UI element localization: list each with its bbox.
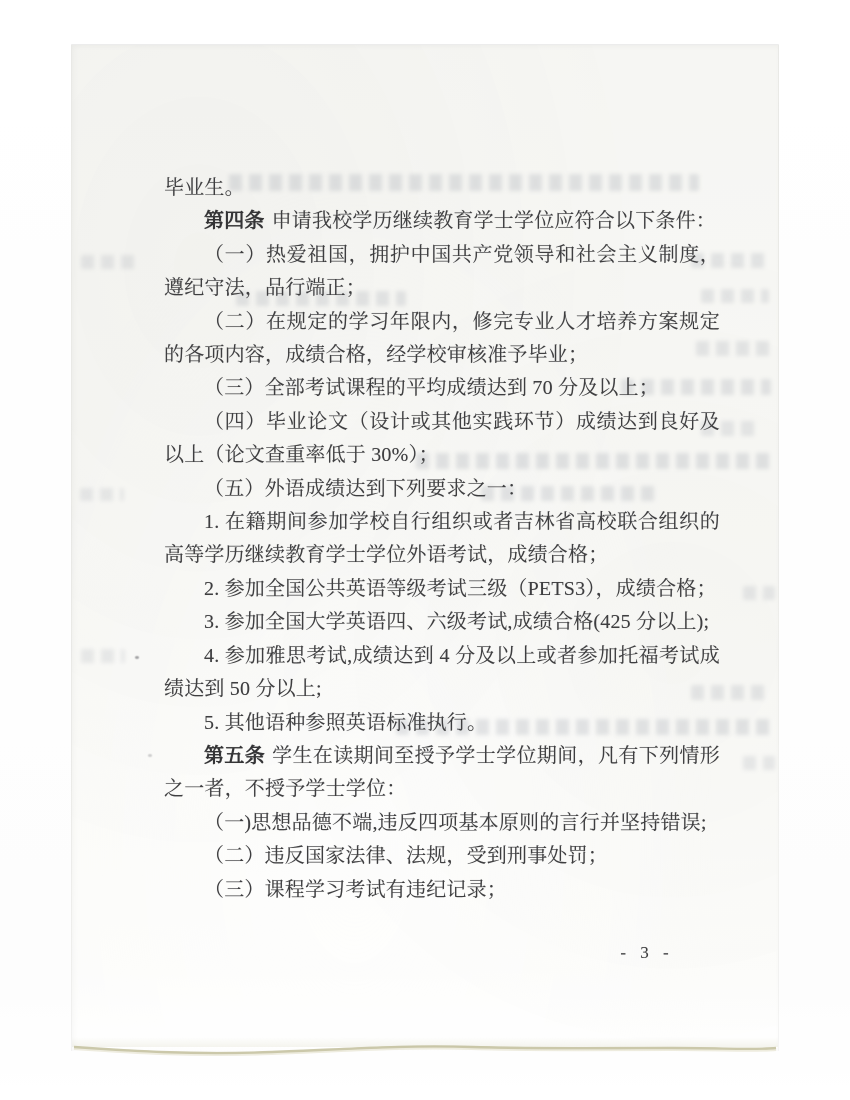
doc-paragraph: （一）热爱祖国，拥护中国共产党领导和社会主义制度，遵纪守法，品行端正； xyxy=(164,239,720,306)
ink-bleedthrough-smudge xyxy=(743,586,775,600)
paragraph-text: （三）全部考试课程的平均成绩达到 70 分及以上； xyxy=(204,377,659,399)
paragraph-text: 2. 参加全国公共英语等级考试三级（PETS3），成绩合格； xyxy=(204,578,717,600)
paragraph-text: （一）热爱祖国，拥护中国共产党领导和社会主义制度，遵纪守法，品行端正； xyxy=(164,244,720,299)
paper-speck xyxy=(148,754,152,757)
doc-paragraph: 2. 参加全国公共英语等级考试三级（PETS3），成绩合格； xyxy=(164,573,720,606)
doc-paragraph: （四）毕业论文（设计或其他实践环节）成绩达到良好及以上（论文查重率低于 30%）… xyxy=(164,406,720,473)
ink-bleedthrough-smudge xyxy=(80,488,124,501)
paragraph-text: 毕业生。 xyxy=(164,177,245,199)
doc-paragraph: 1. 在籍期间参加学校自行组织或者吉林省高校联合组织的高等学历继续教育学士学位外… xyxy=(164,506,720,573)
paragraph-text: 1. 在籍期间参加学校自行组织或者吉林省高校联合组织的高等学历继续教育学士学位外… xyxy=(164,511,720,566)
paper-speck xyxy=(135,656,139,659)
ink-bleedthrough-smudge xyxy=(81,649,125,663)
doc-paragraph: 4. 参加雅思考试,成绩达到 4 分及以上或者参加托福考试成绩达到 50 分以上… xyxy=(164,640,720,707)
doc-paragraph: （二）违反国家法律、法规，受到刑事处罚； xyxy=(164,840,720,873)
doc-paragraph-article-4: 第四条申请我校学历继续教育学士学位应符合以下条件： xyxy=(164,205,720,238)
doc-paragraph-article-5: 第五条学生在读期间至授予学士学位期间，凡有下列情形之一者，不授予学士学位： xyxy=(164,740,720,807)
article-number-bold: 第四条 xyxy=(204,210,265,232)
paragraph-text: 4. 参加雅思考试,成绩达到 4 分及以上或者参加托福考试成绩达到 50 分以上… xyxy=(164,645,720,700)
doc-paragraph: 3. 参加全国大学英语四、六级考试,成绩合格(425 分以上); xyxy=(164,606,720,639)
doc-paragraph: （五）外语成绩达到下列要求之一： xyxy=(164,473,720,506)
doc-paragraph: 5. 其他语种参照英语标准执行。 xyxy=(164,707,720,740)
paragraph-text: （四）毕业论文（设计或其他实践环节）成绩达到良好及以上（论文查重率低于 30%）… xyxy=(164,411,720,466)
paragraph-text: （五）外语成绩达到下列要求之一： xyxy=(204,478,527,500)
paragraph-text: （二）违反国家法律、法规，受到刑事处罚； xyxy=(204,845,608,867)
paragraph-text: （三）课程学习考试有违纪记录； xyxy=(204,879,507,901)
paragraph-text: 申请我校学历继续教育学士学位应符合以下条件： xyxy=(272,210,716,232)
paragraph-text: （二）在规定的学习年限内，修完专业人才培养方案规定的各项内容，成绩合格，经学校审… xyxy=(164,311,720,366)
article-number-bold: 第五条 xyxy=(204,745,265,767)
paragraph-text: （一)思想品德不端,违反四项基本原则的言行并坚持错误; xyxy=(204,812,707,834)
doc-paragraph: 毕业生。 xyxy=(164,172,720,205)
document-body: 毕业生。 第四条申请我校学历继续教育学士学位应符合以下条件： （一）热爱祖国，拥… xyxy=(164,172,720,907)
page-number: - 3 - xyxy=(592,943,702,963)
ink-bleedthrough-smudge xyxy=(743,756,775,770)
scan-background: 毕业生。 第四条申请我校学历继续教育学士学位应符合以下条件： （一）热爱祖国，拥… xyxy=(0,0,850,1100)
doc-paragraph: （三）课程学习考试有违纪记录； xyxy=(164,874,720,907)
paragraph-text: 3. 参加全国大学英语四、六级考试,成绩合格(425 分以上); xyxy=(204,611,709,633)
doc-paragraph: （二）在规定的学习年限内，修完专业人才培养方案规定的各项内容，成绩合格，经学校审… xyxy=(164,306,720,373)
paper-bottom-edge xyxy=(72,1041,778,1061)
ink-bleedthrough-smudge xyxy=(81,255,139,269)
paragraph-text: 5. 其他语种参照英语标准执行。 xyxy=(204,712,487,734)
document-page: 毕业生。 第四条申请我校学历继续教育学士学位应符合以下条件： （一）热爱祖国，拥… xyxy=(71,44,779,1051)
doc-paragraph: （一)思想品德不端,违反四项基本原则的言行并坚持错误; xyxy=(164,807,720,840)
doc-paragraph: （三）全部考试课程的平均成绩达到 70 分及以上； xyxy=(164,372,720,405)
